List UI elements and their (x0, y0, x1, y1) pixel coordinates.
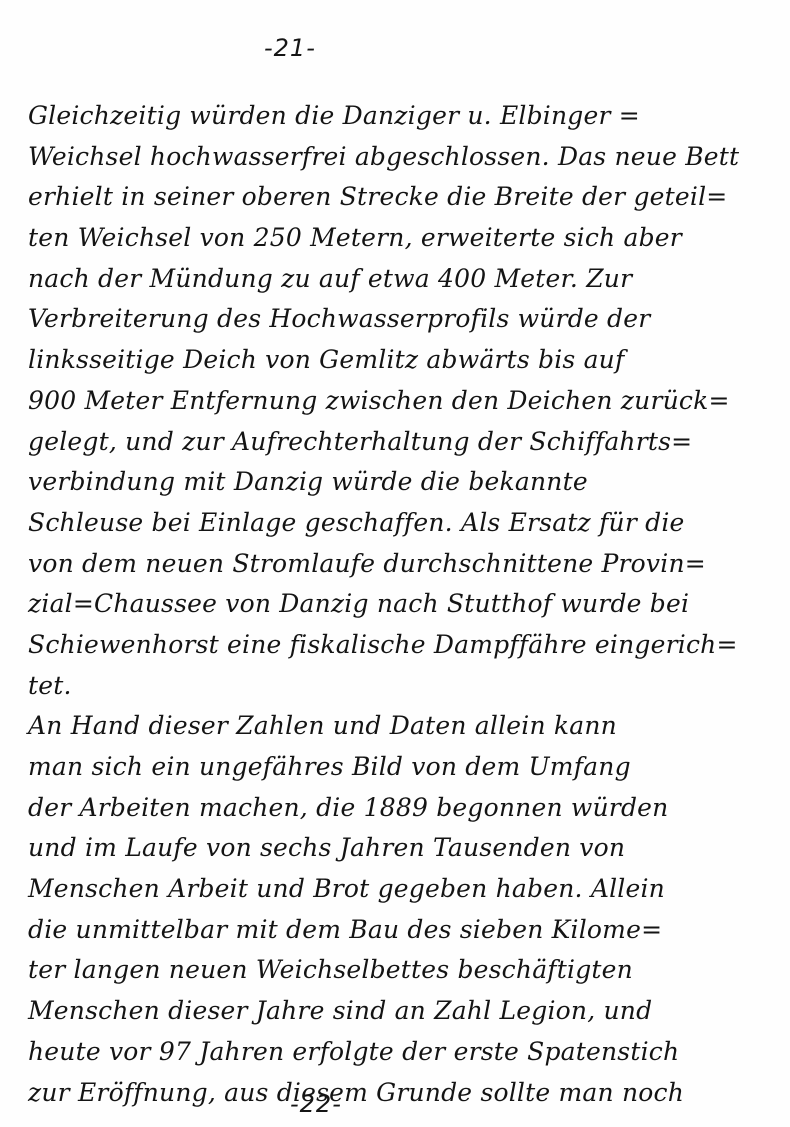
text-line: linksseitige Deich von Gemlitz abwärts b… (28, 340, 768, 381)
text-line: Verbreiterung des Hochwasserprofils würd… (28, 299, 768, 340)
text-line: An Hand dieser Zahlen und Daten allein k… (28, 706, 768, 747)
page-number-top: -21- (264, 34, 316, 62)
page-number-bottom: -22- (290, 1090, 342, 1118)
text-line: tet. (28, 666, 768, 707)
text-line: heute vor 97 Jahren erfolgte der erste S… (28, 1032, 768, 1073)
text-line: zur Eröffnung, aus diesem Grunde sollte … (28, 1073, 768, 1114)
handwritten-text-block: Gleichzeitig würden die Danziger u. Elbi… (28, 96, 768, 1113)
text-line: die unmittelbar mit dem Bau des sieben K… (28, 910, 768, 951)
text-line: Schiewenhorst eine fiskalische Dampffähr… (28, 625, 768, 666)
text-line: gelegt, und zur Aufrechterhaltung der Sc… (28, 422, 768, 463)
text-line: von dem neuen Stromlaufe durchschnittene… (28, 544, 768, 585)
text-line: 900 Meter Entfernung zwischen den Deiche… (28, 381, 768, 422)
text-line: man sich ein ungefähres Bild von dem Umf… (28, 747, 768, 788)
scanned-page: -21- Gleichzeitig würden die Danziger u.… (0, 0, 790, 1127)
text-line: Gleichzeitig würden die Danziger u. Elbi… (28, 96, 768, 137)
text-line: der Arbeiten machen, die 1889 begonnen w… (28, 788, 768, 829)
text-line: Menschen Arbeit und Brot gegeben haben. … (28, 869, 768, 910)
text-line: Schleuse bei Einlage geschaffen. Als Ers… (28, 503, 768, 544)
text-line: nach der Mündung zu auf etwa 400 Meter. … (28, 259, 768, 300)
text-line: zial=Chaussee von Danzig nach Stutthof w… (28, 584, 768, 625)
text-line: ter langen neuen Weichselbettes beschäft… (28, 950, 768, 991)
text-line: und im Laufe von sechs Jahren Tausenden … (28, 828, 768, 869)
text-line: ten Weichsel von 250 Metern, erweiterte … (28, 218, 768, 259)
text-line: erhielt in seiner oberen Strecke die Bre… (28, 177, 768, 218)
text-line: verbindung mit Danzig würde die bekannte (28, 462, 768, 503)
text-line: Menschen dieser Jahre sind an Zahl Legio… (28, 991, 768, 1032)
text-line: Weichsel hochwasserfrei abgeschlossen. D… (28, 137, 768, 178)
